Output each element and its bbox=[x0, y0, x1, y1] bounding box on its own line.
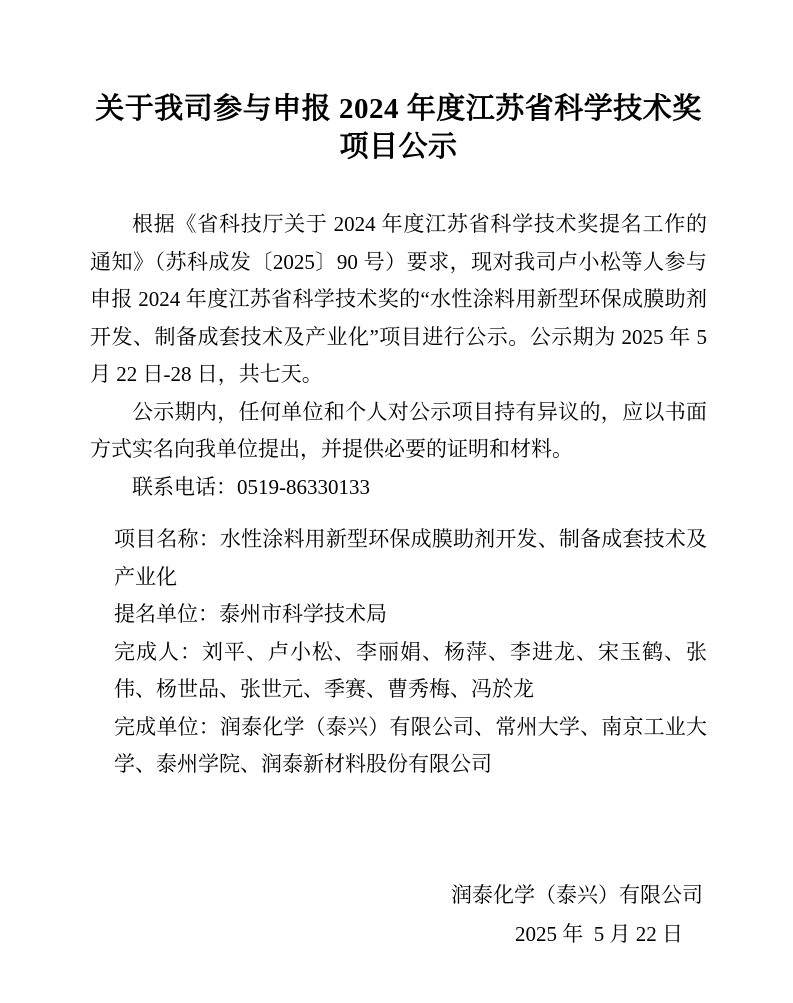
project-name-line: 项目名称：水性涂料用新型环保成膜助剂开发、制备成套技术及产业化 bbox=[114, 521, 707, 596]
document-title-line2: 项目公示 bbox=[90, 129, 707, 167]
signature-company: 润泰化学（泰兴）有限公司 bbox=[90, 876, 707, 915]
completing-units-line: 完成单位：润泰化学（泰兴）有限公司、常州大学、南京工业大学、泰州学院、润泰新材料… bbox=[114, 709, 707, 784]
signature-date: 2025 年 5 月 22 日 bbox=[90, 915, 707, 954]
paragraph-objection: 公示期内，任何单位和个人对公示项目持有异议的，应以书面方式实名向我单位提出，并提… bbox=[90, 394, 707, 469]
document-title-line1: 关于我司参与申报 2024 年度江苏省科学技术奖 bbox=[90, 91, 707, 129]
announcement-body: 根据《省科技厅关于 2024 年度江苏省科学技术奖提名工作的通知》（苏科成发〔2… bbox=[90, 206, 707, 506]
contact-phone-line: 联系电话：0519-86330133 bbox=[90, 469, 707, 507]
signature-block: 润泰化学（泰兴）有限公司 2025 年 5 月 22 日 bbox=[90, 876, 707, 954]
document-title: 关于我司参与申报 2024 年度江苏省科学技术奖 项目公示 bbox=[90, 91, 707, 166]
project-info-block: 项目名称：水性涂料用新型环保成膜助剂开发、制备成套技术及产业化 提名单位：泰州市… bbox=[114, 521, 707, 784]
nominating-unit-line: 提名单位：泰州市科学技术局 bbox=[114, 596, 707, 634]
paragraph-basis: 根据《省科技厅关于 2024 年度江苏省科学技术奖提名工作的通知》（苏科成发〔2… bbox=[90, 206, 707, 394]
document-page: 关于我司参与申报 2024 年度江苏省科学技术奖 项目公示 根据《省科技厅关于 … bbox=[0, 0, 793, 1003]
completers-line: 完成人：刘平、卢小松、李丽娟、杨萍、李进龙、宋玉鹤、张伟、杨世品、张世元、季赛、… bbox=[114, 634, 707, 709]
